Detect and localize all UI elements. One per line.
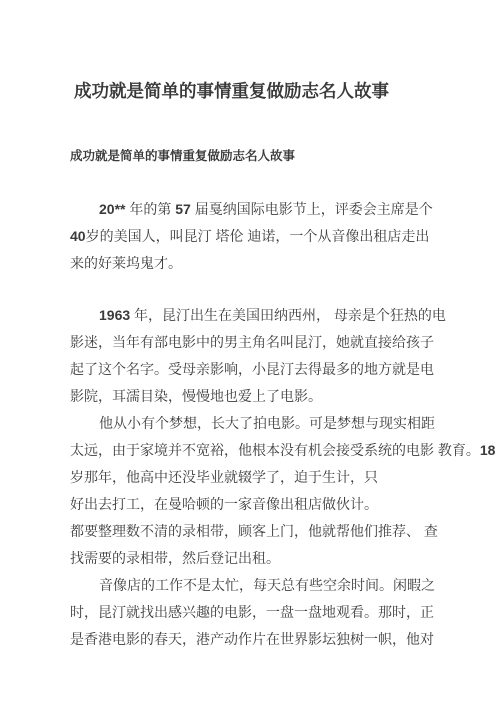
text-line: 影院，耳濡目染，慢慢地也爱上了电影。 [70,383,470,410]
text-segment: 1963 [99,307,130,323]
document-title: 成功就是简单的事情重复做励志名人故事 [74,0,500,102]
text-line: 来的好莱坞鬼才。 [70,250,470,277]
text-segment: 太远，由于家境并不宽裕，他根本没有机会接受系统的电影 教育。 [70,442,480,458]
text-line: 40岁的美国人，叫昆汀 塔伦 迪诺，一个从音像出租店走出 [70,223,470,250]
text-line: 1963 年，昆汀出生在美国田纳西州， 母亲是个狂热的电 [70,302,470,329]
text-segment: 好出去打工，在曼哈顿的一家音像出租店做伙计。 [70,496,378,512]
text-segment: 届戛纳国际电影节上，评委会主席是个 [191,201,433,217]
text-segment: 年，昆汀出生在美国田纳西州， 母亲是个狂热的电 [130,307,446,323]
text-line: 都要整理数不清的录相带，顾客上门，他就帮他们推荐、 查 [70,518,470,545]
text-segment: 找需要的录相带，然后登记出租。 [70,550,280,566]
text-line: 是香港电影的春天，港产动作片在世界影坛独树一帜，他对 [70,626,470,653]
text-line: 岁那年，他高中还没毕业就辍学了，迫于生计，只 [70,464,470,491]
text-segment: 起了这个名字。受母亲影响，小昆汀去得最多的地方就是电 [70,361,434,377]
text-segment: 来的好莱坞鬼才。 [70,255,182,271]
text-segment: 他从小有个梦想，长大了拍电影。可是梦想与现实相距 [99,415,435,431]
document-body: 20** 年的第 57 届戛纳国际电影节上，评委会主席是个40岁的美国人，叫昆汀… [70,196,470,653]
document-page: 成功就是简单的事情重复做励志名人故事 成功就是简单的事情重复做励志名人故事 20… [0,0,500,708]
document-subtitle: 成功就是简单的事情重复做励志名人故事 [70,148,500,164]
text-line: 影迷，当年有部电影中的男主角名叫昆汀，她就直接给孩子 [70,329,470,356]
text-segment: 岁那年，他高中还没毕业就辍学了，迫于生计，只 [70,469,378,485]
text-segment: 都要整理数不清的录相带，顾客上门，他就帮他们推荐、 查 [70,523,438,539]
text-line: 好出去打工，在曼哈顿的一家音像出租店做伙计。他每天 [70,491,470,518]
text-segment: 57 [175,201,191,217]
paragraph: 20** 年的第 57 届戛纳国际电影节上，评委会主席是个40岁的美国人，叫昆汀… [70,196,470,277]
text-line: 找需要的录相带，然后登记出租。 [70,545,470,572]
paragraph: 他从小有个梦想，长大了拍电影。可是梦想与现实相距太远，由于家境并不宽裕，他根本没… [70,410,470,572]
paragraph: 音像店的工作不是太忙，每天总有些空余时间。闲暇之时，昆汀就找出感兴趣的电影，一盘… [70,572,470,653]
paragraph: 1963 年，昆汀出生在美国田纳西州， 母亲是个狂热的电影迷，当年有部电影中的男… [70,302,470,410]
text-segment: 影院，耳濡目染，慢慢地也爱上了电影。 [70,388,322,404]
text-segment: 时，昆汀就找出感兴趣的电影，一盘一盘地观看。那时，正 [70,604,434,620]
text-segment: 是香港电影的春天，港产动作片在世界影坛独树一帜，他对 [70,631,434,647]
text-line: 起了这个名字。受母亲影响，小昆汀去得最多的地方就是电 [70,356,470,383]
text-segment: 岁的美国人，叫昆汀 塔伦 迪诺，一个从音像出租店走出 [86,228,430,244]
text-segment: 年的第 [125,201,175,217]
text-line: 太远，由于家境并不宽裕，他根本没有机会接受系统的电影 教育。18 [70,437,470,464]
text-segment: 18 [480,442,496,458]
text-segment: 20** [99,201,125,217]
text-line: 20** 年的第 57 届戛纳国际电影节上，评委会主席是个 [70,196,470,223]
text-line: 时，昆汀就找出感兴趣的电影，一盘一盘地观看。那时，正 [70,599,470,626]
text-line: 音像店的工作不是太忙，每天总有些空余时间。闲暇之 [70,572,470,599]
text-segment: 影迷，当年有部电影中的男主角名叫昆汀，她就直接给孩子 [70,334,434,350]
text-segment: 40 [70,228,86,244]
text-segment: 音像店的工作不是太忙，每天总有些空余时间。闲暇之 [99,577,435,593]
text-line: 他从小有个梦想，长大了拍电影。可是梦想与现实相距 [70,410,470,437]
